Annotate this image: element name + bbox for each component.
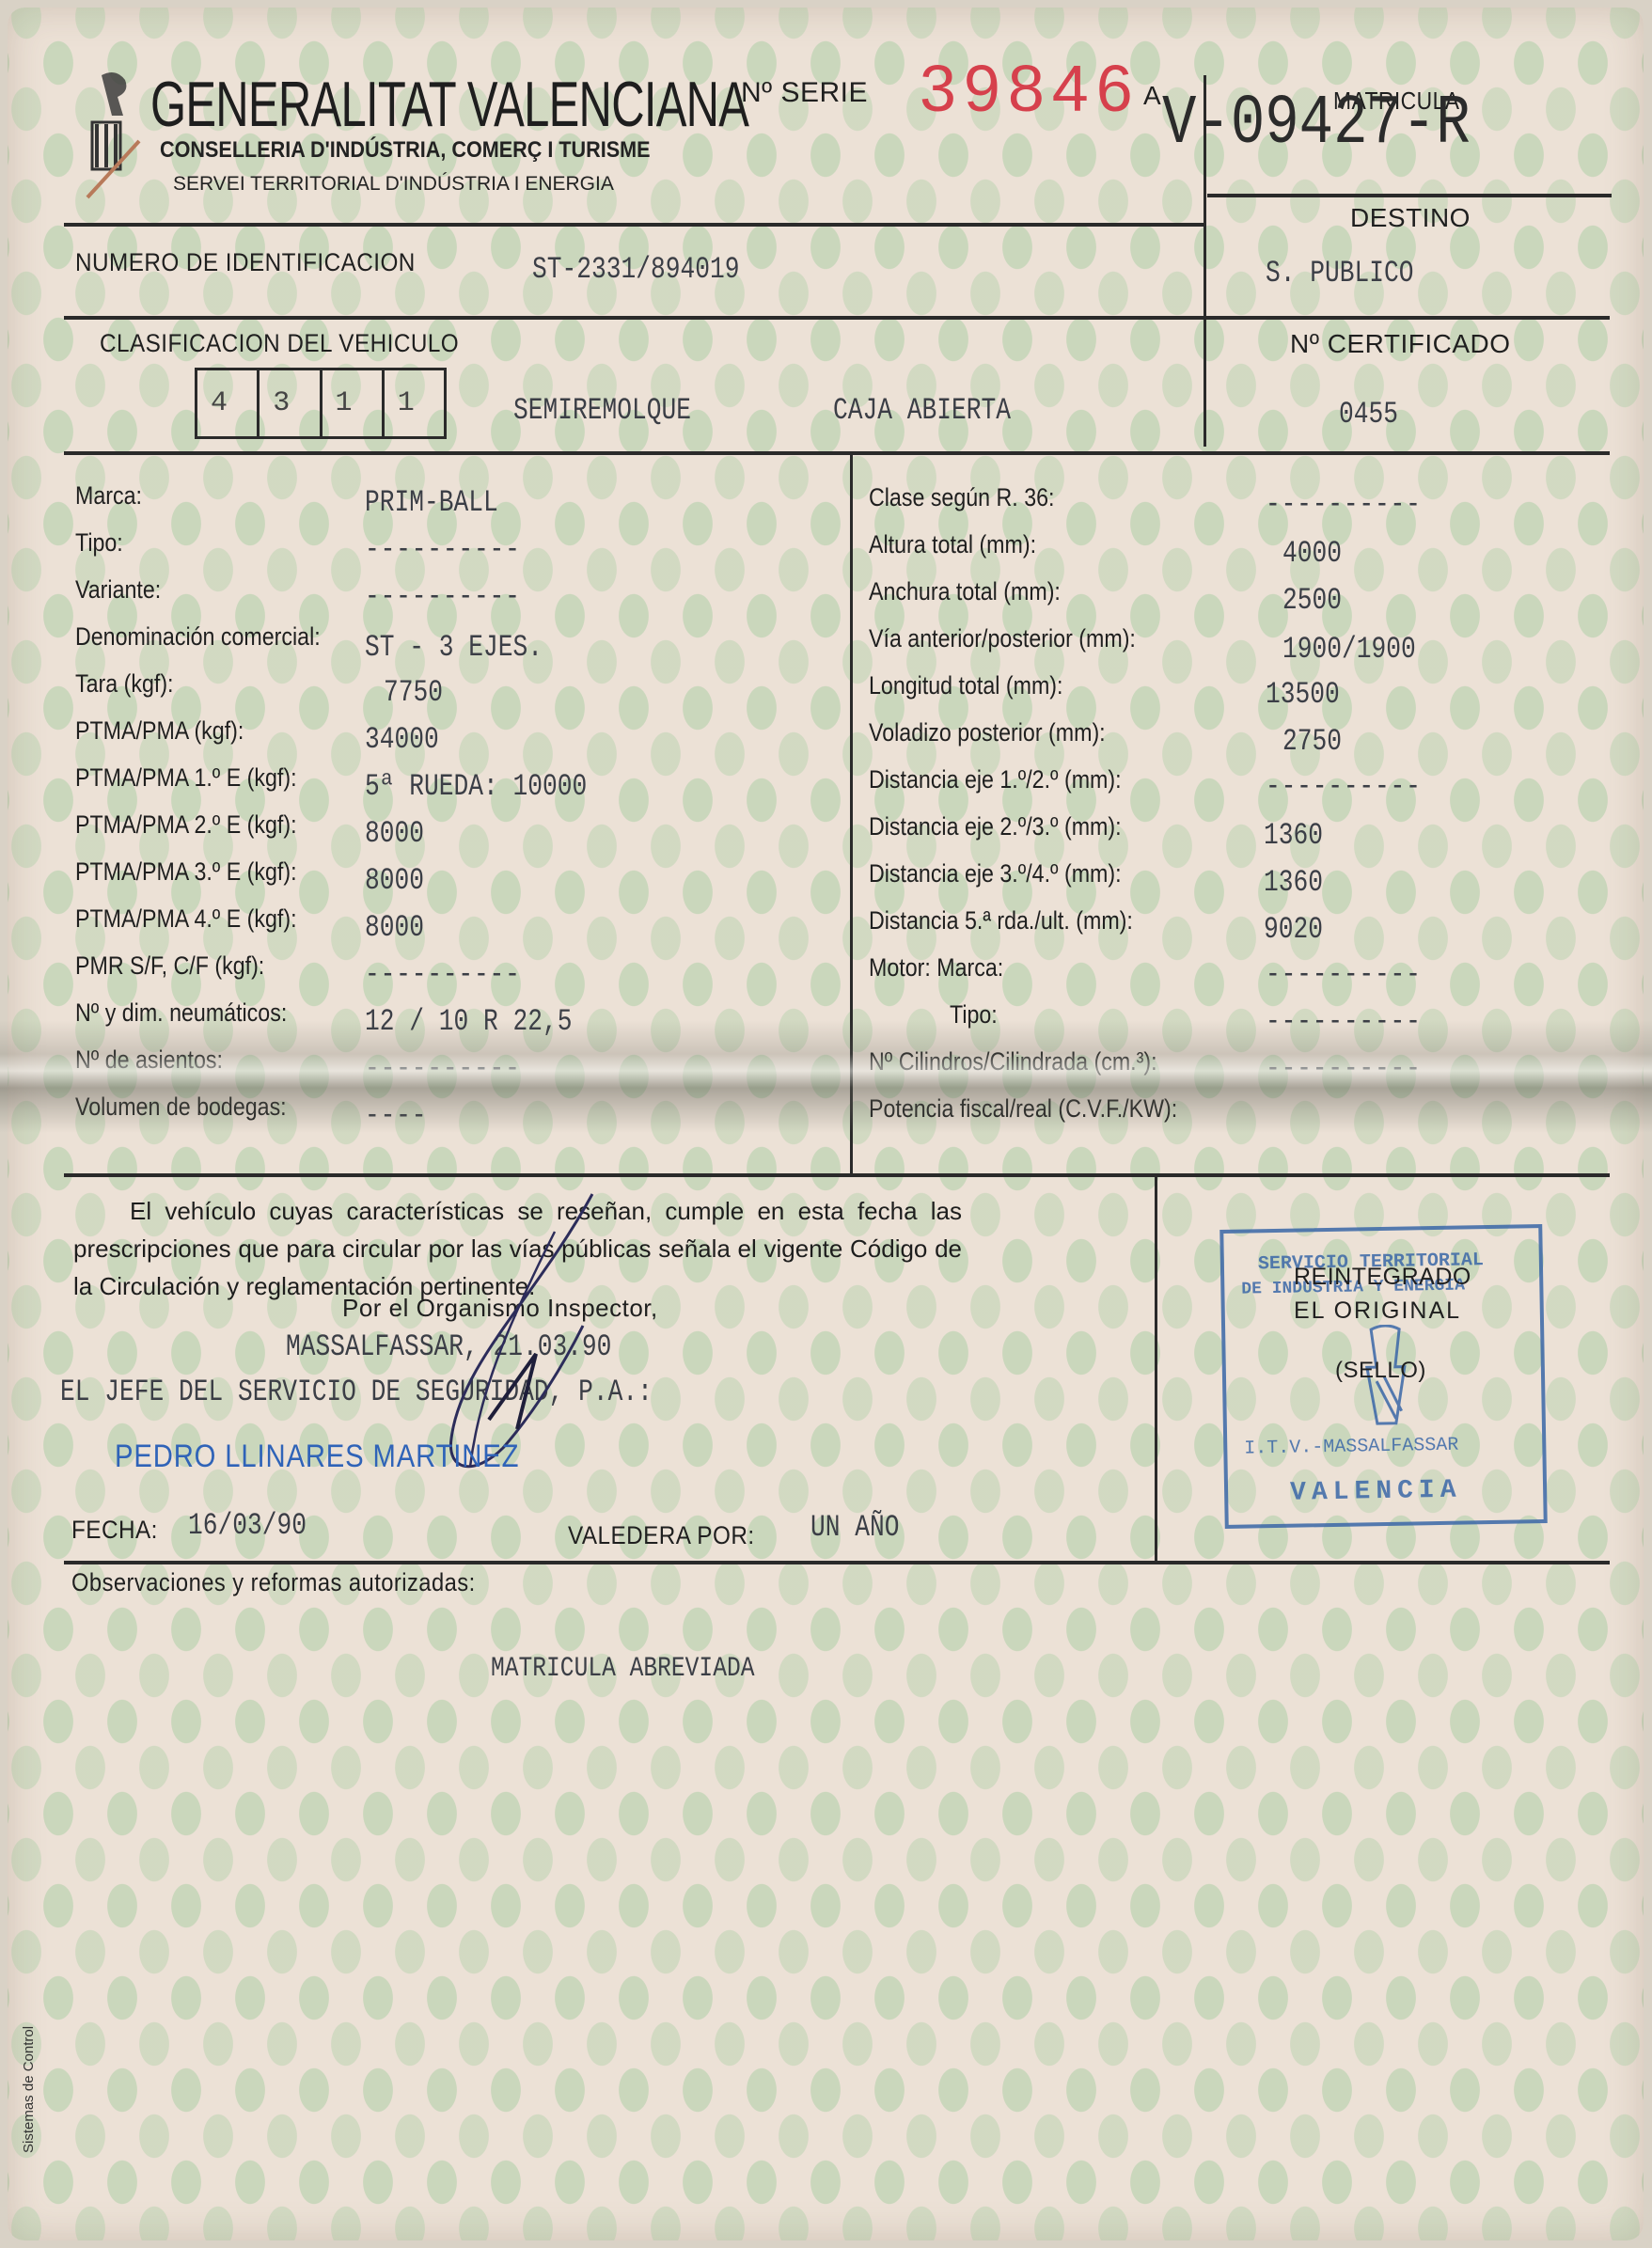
org-subtitle-conselleria: CONSELLERIA D'INDÚSTRIA, COMERÇ I TURISM… (160, 137, 651, 164)
field-label-voladizo: Voladizo posterior (mm): (869, 718, 1106, 747)
field-label-eje-1-2: Distancia eje 1.º/2.º (mm): (869, 765, 1122, 794)
field-label-via: Vía anterior/posterior (mm): (869, 624, 1136, 653)
field-value-cilindros: ---------- (1266, 1051, 1422, 1086)
field-value-clase-r36: ---------- (1266, 487, 1422, 522)
observations-label: Observaciones y reformas autorizadas: (71, 1568, 476, 1597)
field-value-eje-2-3: 1360 (1264, 818, 1323, 853)
divider (1207, 194, 1612, 197)
signatory-name: PEDRO LLINARES MARTINEZ (115, 1438, 519, 1475)
field-label-marca: Marca: (75, 481, 142, 511)
class-code-1: 4 (197, 370, 260, 436)
org-subtitle-servei: SERVEI TERRITORIAL D'INDÚSTRIA I ENERGIA (173, 173, 614, 196)
field-value-altura: 4000 (1282, 536, 1342, 571)
divider (1204, 75, 1206, 447)
field-value-denominacion: ST - 3 EJES. (365, 630, 543, 665)
field-value-eje-1-2: ---------- (1266, 769, 1422, 804)
org-title: GENERALITAT VALENCIANA (150, 68, 748, 141)
observations-value: MATRICULA ABREVIADA (491, 1653, 754, 1685)
fecha-value: 16/03/90 (188, 1508, 307, 1543)
fecha-label: FECHA: (71, 1516, 158, 1545)
identification-value: ST-2331/894019 (532, 252, 739, 287)
stamp-sello: (SELLO) (1335, 1358, 1426, 1384)
matricula-value: V-09427-R (1162, 85, 1471, 164)
field-label-altura: Altura total (mm): (869, 530, 1036, 559)
field-label-5a-rueda: Distancia 5.ª rda./ult. (mm): (869, 906, 1133, 935)
field-label-clase-r36: Clase según R. 36: (869, 483, 1054, 512)
divider (64, 316, 1610, 320)
divider (850, 453, 853, 1177)
field-label-tara: Tara (kgf): (75, 669, 174, 699)
stamp-original: EL ORIGINAL (1294, 1297, 1461, 1325)
field-label-asientos: Nº de asientos: (75, 1045, 223, 1075)
divider (1155, 1177, 1157, 1561)
stamp-ink-text: I.T.V.-MASSALFASSAR (1244, 1435, 1458, 1460)
field-label-motor-marca: Motor: Marca: (869, 953, 1003, 983)
field-value-5a-rueda: 9020 (1264, 912, 1323, 947)
stamp-ink-text: VALENCIA (1290, 1476, 1462, 1508)
class-code-2: 3 (260, 370, 322, 436)
certificado-value: 0455 (1339, 397, 1398, 432)
field-value-asientos: ---------- (365, 1051, 521, 1086)
field-value-pmr: ---------- (365, 957, 521, 992)
field-value-motor-tipo: ---------- (1266, 1004, 1422, 1039)
field-label-ptma-4e: PTMA/PMA 4.º E (kgf): (75, 904, 297, 934)
coat-of-arms-icon (83, 66, 149, 207)
field-label-ptma: PTMA/PMA (kgf): (75, 716, 244, 746)
field-label-anchura: Anchura total (mm): (869, 577, 1061, 606)
field-value-motor-marca: ---------- (1266, 957, 1422, 992)
field-value-marca: PRIM-BALL (365, 485, 498, 520)
certificado-label: Nº CERTIFICADO (1290, 329, 1511, 359)
field-value-variante: ---------- (365, 579, 521, 614)
stamp-reintegrado: REINTEGRADO (1294, 1264, 1471, 1291)
field-label-eje-3-4: Distancia eje 3.º/4.º (mm): (869, 859, 1122, 888)
serie-suffix: A (1143, 81, 1161, 111)
field-label-ptma-3e: PTMA/PMA 3.º E (kgf): (75, 857, 297, 887)
field-label-cilindros: Nº Cilindros/Cilindrada (cm.³): (869, 1047, 1157, 1077)
field-label-ptma-1e: PTMA/PMA 1.º E (kgf): (75, 763, 297, 793)
divider (64, 223, 1204, 227)
field-label-bodegas: Volumen de bodegas: (75, 1093, 287, 1122)
field-value-ptma: 34000 (365, 722, 439, 757)
field-label-neumaticos: Nº y dim. neumáticos: (75, 998, 287, 1028)
field-value-bodegas: ---- (365, 1098, 427, 1133)
divider (64, 1561, 1610, 1564)
class-code-3: 1 (323, 370, 385, 436)
field-value-ptma-1e: 5ª RUEDA: 10000 (365, 769, 587, 804)
serie-number: 39846 (920, 51, 1141, 126)
identification-label: NUMERO DE IDENTIFICACION (75, 248, 416, 277)
destino-label: DESTINO (1350, 203, 1471, 233)
printer-imprint: Sistemas de Control (21, 2026, 37, 2153)
field-label-motor-tipo: Tipo: (950, 1000, 998, 1030)
field-label-pmr: PMR S/F, C/F (kgf): (75, 951, 264, 981)
field-value-tipo: ---------- (365, 532, 521, 567)
classification-type: SEMIREMOLQUE (513, 393, 691, 428)
divider (64, 1173, 1610, 1177)
field-label-potencia: Potencia fiscal/real (C.V.F./KW): (869, 1094, 1177, 1124)
field-value-longitud: 13500 (1266, 677, 1340, 712)
valedera-label: VALEDERA POR: (568, 1521, 755, 1550)
field-value-tara: 7750 (384, 675, 443, 710)
field-label-tipo: Tipo: (75, 528, 123, 558)
field-label-eje-2-3: Distancia eje 2.º/3.º (mm): (869, 812, 1122, 841)
destino-value: S. PUBLICO (1266, 256, 1413, 291)
field-value-ptma-4e: 8000 (365, 910, 424, 945)
classification-label: CLASIFICACION DEL VEHICULO (100, 329, 459, 358)
divider (64, 451, 1610, 455)
classification-code-box: 4 3 1 1 (195, 368, 447, 439)
class-code-4: 1 (385, 370, 444, 436)
field-label-longitud: Longitud total (mm): (869, 671, 1062, 700)
field-value-voladizo: 2750 (1282, 724, 1342, 759)
field-value-anchura: 2500 (1282, 583, 1342, 618)
field-label-denominacion: Denominación comercial: (75, 622, 321, 652)
valedera-value: UN AÑO (810, 1510, 899, 1545)
classification-body: CAJA ABIERTA (833, 393, 1011, 428)
field-label-ptma-2e: PTMA/PMA 2.º E (kgf): (75, 810, 297, 840)
field-value-ptma-3e: 8000 (365, 863, 424, 898)
field-value-ptma-2e: 8000 (365, 816, 424, 851)
field-value-neumaticos: 12 / 10 R 22,5 (365, 1004, 572, 1039)
field-value-eje-3-4: 1360 (1264, 865, 1323, 900)
field-value-via: 1900/1900 (1282, 632, 1416, 667)
serie-label: Nº SERIE (741, 77, 868, 109)
field-label-variante: Variante: (75, 575, 161, 605)
